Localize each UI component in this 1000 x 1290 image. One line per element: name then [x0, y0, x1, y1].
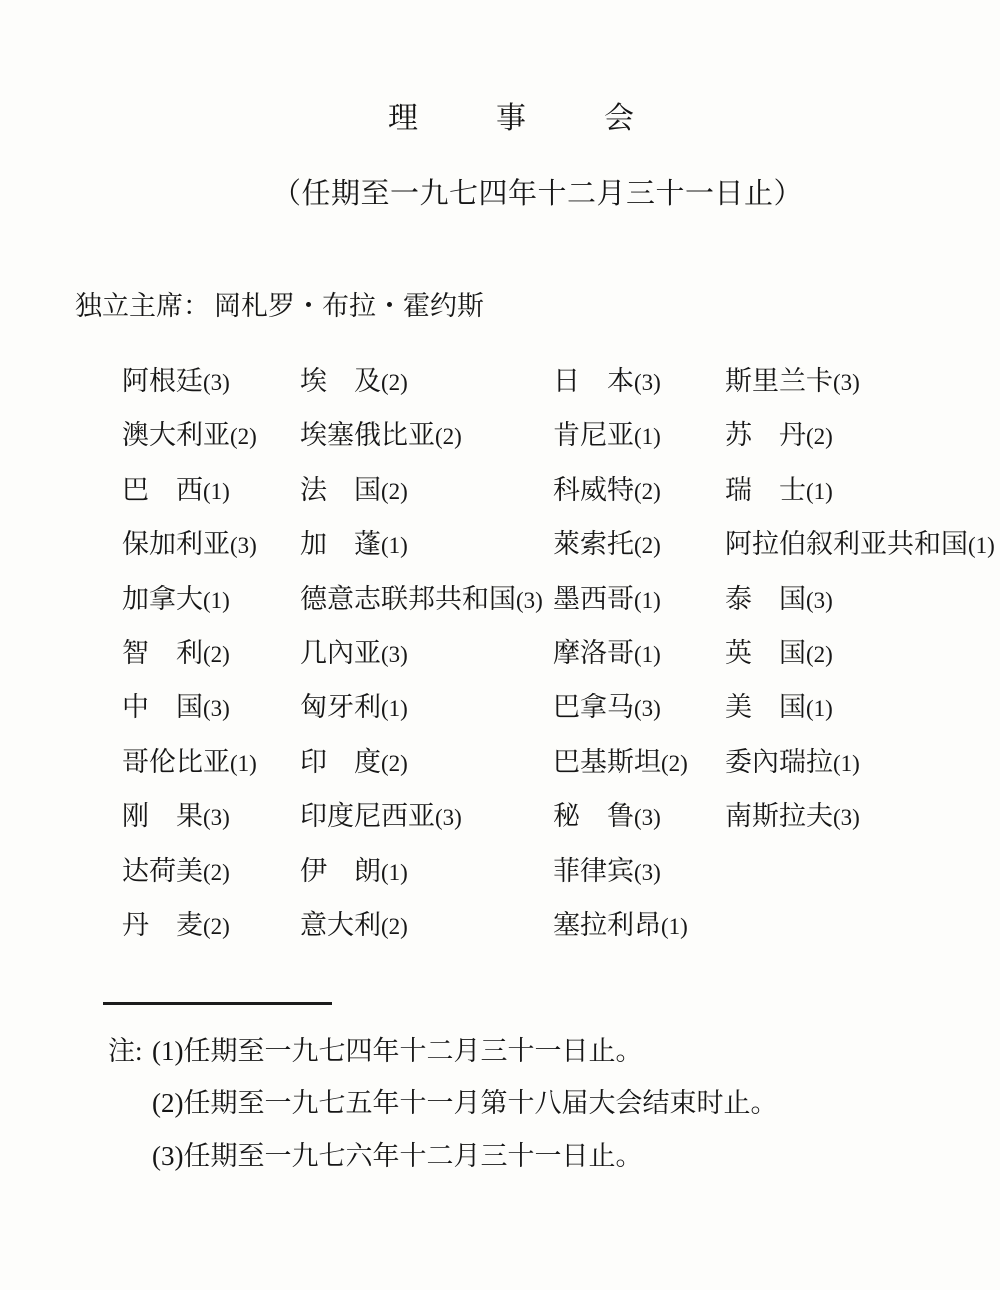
term-footnote-number: (3) [381, 642, 408, 667]
member-entry: 加 蓬(1) [300, 529, 543, 583]
page-title: 理事会 [388, 93, 712, 137]
page-subtitle: （任期至一九七四年十二月三十一日止） [272, 171, 803, 212]
member-entry: 泰 国(3) [725, 584, 995, 638]
member-entry: 丹 麦(2) [122, 910, 257, 964]
term-footnote-number: (1) [381, 533, 408, 558]
member-entry: 巴基斯坦(2) [553, 747, 688, 801]
term-footnote-number: (2) [634, 533, 661, 558]
term-footnote-number: (1) [634, 642, 661, 667]
term-footnote-number: (2) [661, 751, 688, 776]
note-label: 注: [108, 1036, 152, 1066]
term-footnote-number: (2) [381, 370, 408, 395]
term-footnote-number: (3) [203, 370, 230, 395]
term-footnote-number: (2) [203, 914, 230, 939]
member-entry: 加拿大(1) [122, 584, 257, 638]
member-entry: 塞拉利昂(1) [553, 910, 688, 964]
document-page: 理事会 （任期至一九七四年十二月三十一日止） 独立主席：岡札罗・布拉・霍约斯 阿… [0, 0, 1000, 1290]
member-entry: 阿根廷(3) [122, 366, 257, 420]
term-footnote-number: (3) [203, 696, 230, 721]
member-entry: 美 国(1) [725, 692, 995, 746]
member-entry: 匈牙利(1) [300, 692, 543, 746]
term-footnote-number: (2) [806, 642, 833, 667]
chairman-name: 岡札罗・布拉・霍约斯 [214, 291, 484, 321]
member-column-1: 阿根廷(3)澳大利亚(2)巴 西(1)保加利亚(3)加拿大(1)智 利(2)中 … [122, 366, 257, 964]
term-footnote-number: (1) [833, 751, 860, 776]
member-entry: 中 国(3) [122, 692, 257, 746]
member-entry: 摩洛哥(1) [553, 638, 688, 692]
member-entry: 意大利(2) [300, 910, 543, 964]
member-entry: 苏 丹(2) [725, 420, 995, 474]
member-entry: 哥伦比亚(1) [122, 747, 257, 801]
member-entry: 秘 鲁(3) [553, 801, 688, 855]
term-footnote-number: (1) [806, 696, 833, 721]
term-footnote-number: (1) [968, 533, 995, 558]
member-columns: 阿根廷(3)澳大利亚(2)巴 西(1)保加利亚(3)加拿大(1)智 利(2)中 … [0, 366, 1000, 966]
member-entry: 巴拿马(3) [553, 692, 688, 746]
member-entry: 萊索托(2) [553, 529, 688, 583]
term-footnote-number: (2) [806, 424, 833, 449]
member-entry: 澳大利亚(2) [122, 420, 257, 474]
member-entry: 刚 果(3) [122, 801, 257, 855]
chairman-line: 独立主席：岡札罗・布拉・霍约斯 [75, 284, 484, 323]
term-footnote-number: (1) [634, 588, 661, 613]
term-footnote-number: (3) [203, 805, 230, 830]
member-entry: 肯尼亚(1) [553, 420, 688, 474]
term-footnote-number: (1) [634, 424, 661, 449]
note-item-2: (2)任期至一九七五年十一月第十八届大会结束时止。 [152, 1088, 777, 1118]
term-footnote-number: (1) [661, 914, 688, 939]
member-entry: 印度尼西亚(3) [300, 801, 543, 855]
term-footnote-number: (1) [203, 588, 230, 613]
term-footnote-number: (3) [634, 370, 661, 395]
term-footnote-number: (3) [833, 805, 860, 830]
footnote-divider [103, 1002, 332, 1005]
member-entry: 瑞 士(1) [725, 475, 995, 529]
member-column-4: 斯里兰卡(3)苏 丹(2)瑞 士(1)阿拉伯叙利亚共和国(1)泰 国(3)英 国… [725, 366, 995, 856]
term-footnote-number: (1) [381, 860, 408, 885]
member-entry: 阿拉伯叙利亚共和国(1) [725, 529, 995, 583]
term-footnote-number: (2) [634, 479, 661, 504]
member-entry: 智 利(2) [122, 638, 257, 692]
term-footnote-number: (3) [634, 860, 661, 885]
term-footnote-number: (1) [381, 696, 408, 721]
term-footnote-number: (1) [806, 479, 833, 504]
term-footnote-number: (2) [203, 642, 230, 667]
member-column-2: 埃 及(2)埃塞俄比亚(2)法 国(2)加 蓬(1)德意志联邦共和国(3)几內亚… [300, 366, 543, 964]
term-footnote-number: (3) [516, 588, 543, 613]
member-entry: 埃 及(2) [300, 366, 543, 420]
term-footnote-number: (3) [806, 588, 833, 613]
member-entry: 印 度(2) [300, 747, 543, 801]
member-entry: 巴 西(1) [122, 475, 257, 529]
term-footnote-number: (3) [833, 370, 860, 395]
term-footnote-number: (2) [203, 860, 230, 885]
term-footnote-number: (3) [634, 696, 661, 721]
member-entry: 日 本(3) [553, 366, 688, 420]
term-footnote-number: (2) [230, 424, 257, 449]
member-entry: 委內瑞拉(1) [725, 747, 995, 801]
note-item-3: (3)任期至一九七六年十二月三十一日止。 [152, 1141, 642, 1171]
term-footnote-number: (1) [230, 751, 257, 776]
member-entry: 几內亚(3) [300, 638, 543, 692]
term-footnote-number: (3) [634, 805, 661, 830]
member-entry: 达荷美(2) [122, 856, 257, 910]
member-entry: 伊 朗(1) [300, 856, 543, 910]
member-entry: 墨西哥(1) [553, 584, 688, 638]
member-column-3: 日 本(3)肯尼亚(1)科威特(2)萊索托(2)墨西哥(1)摩洛哥(1)巴拿马(… [553, 366, 688, 964]
term-footnote-number: (3) [435, 805, 462, 830]
member-entry: 英 国(2) [725, 638, 995, 692]
member-entry: 法 国(2) [300, 475, 543, 529]
chairman-label: 独立主席： [75, 291, 210, 321]
term-footnote-number: (2) [381, 479, 408, 504]
member-entry: 斯里兰卡(3) [725, 366, 995, 420]
term-footnote-number: (2) [435, 424, 462, 449]
note-item-text: (1)任期至一九七四年十二月三十一日止。 [152, 1036, 642, 1066]
member-entry: 埃塞俄比亚(2) [300, 420, 543, 474]
member-entry: 保加利亚(3) [122, 529, 257, 583]
member-entry: 南斯拉夫(3) [725, 801, 995, 855]
term-footnote-number: (2) [381, 751, 408, 776]
note-item-1: 注: (1)任期至一九七四年十二月三十一日止。 [108, 1036, 642, 1066]
member-entry: 德意志联邦共和国(3) [300, 584, 543, 638]
term-footnote-number: (2) [381, 914, 408, 939]
member-entry: 科威特(2) [553, 475, 688, 529]
term-footnote-number: (1) [203, 479, 230, 504]
member-entry: 菲律宾(3) [553, 856, 688, 910]
term-footnote-number: (3) [230, 533, 257, 558]
